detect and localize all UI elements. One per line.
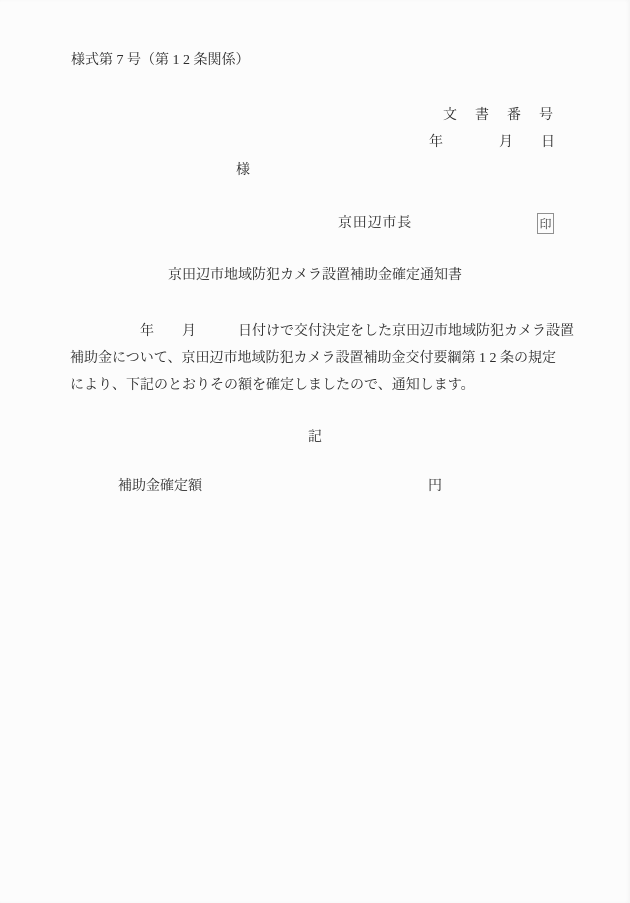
body-line-1: 年 月 日付けで交付決定をした京田辺市地域防犯カメラ設置 [70,318,570,345]
addressee-honorific: 様 [236,162,250,180]
body-paragraph: 年 月 日付けで交付決定をした京田辺市地域防犯カメラ設置 補助金について、京田辺… [70,318,570,399]
seal-box: 印 [537,213,554,234]
document-number-label: 文 書 番 号 [443,107,555,125]
sender-title: 京田辺市長 [338,215,412,233]
document-page: 様式第 7 号（第 1 2 条関係） 文 書 番 号 年 月 日 様 京田辺市長… [0,0,630,903]
date-placeholder: 年 月 日 [429,134,555,152]
body-line-3: により、下記のとおりその額を確定しましたので、通知します。 [70,372,570,399]
amount-unit: 円 [428,478,442,496]
seal-label: 印 [539,218,551,230]
section-marker: 記 [0,429,630,447]
document-title: 京田辺市地域防犯カメラ設置補助金確定通知書 [0,267,630,285]
amount-label: 補助金確定額 [118,478,202,496]
form-number: 様式第 7 号（第 1 2 条関係） [71,52,250,70]
body-line-2: 補助金について、京田辺市地域防犯カメラ設置補助金交付要綱第 1 2 条の規定 [70,345,570,372]
